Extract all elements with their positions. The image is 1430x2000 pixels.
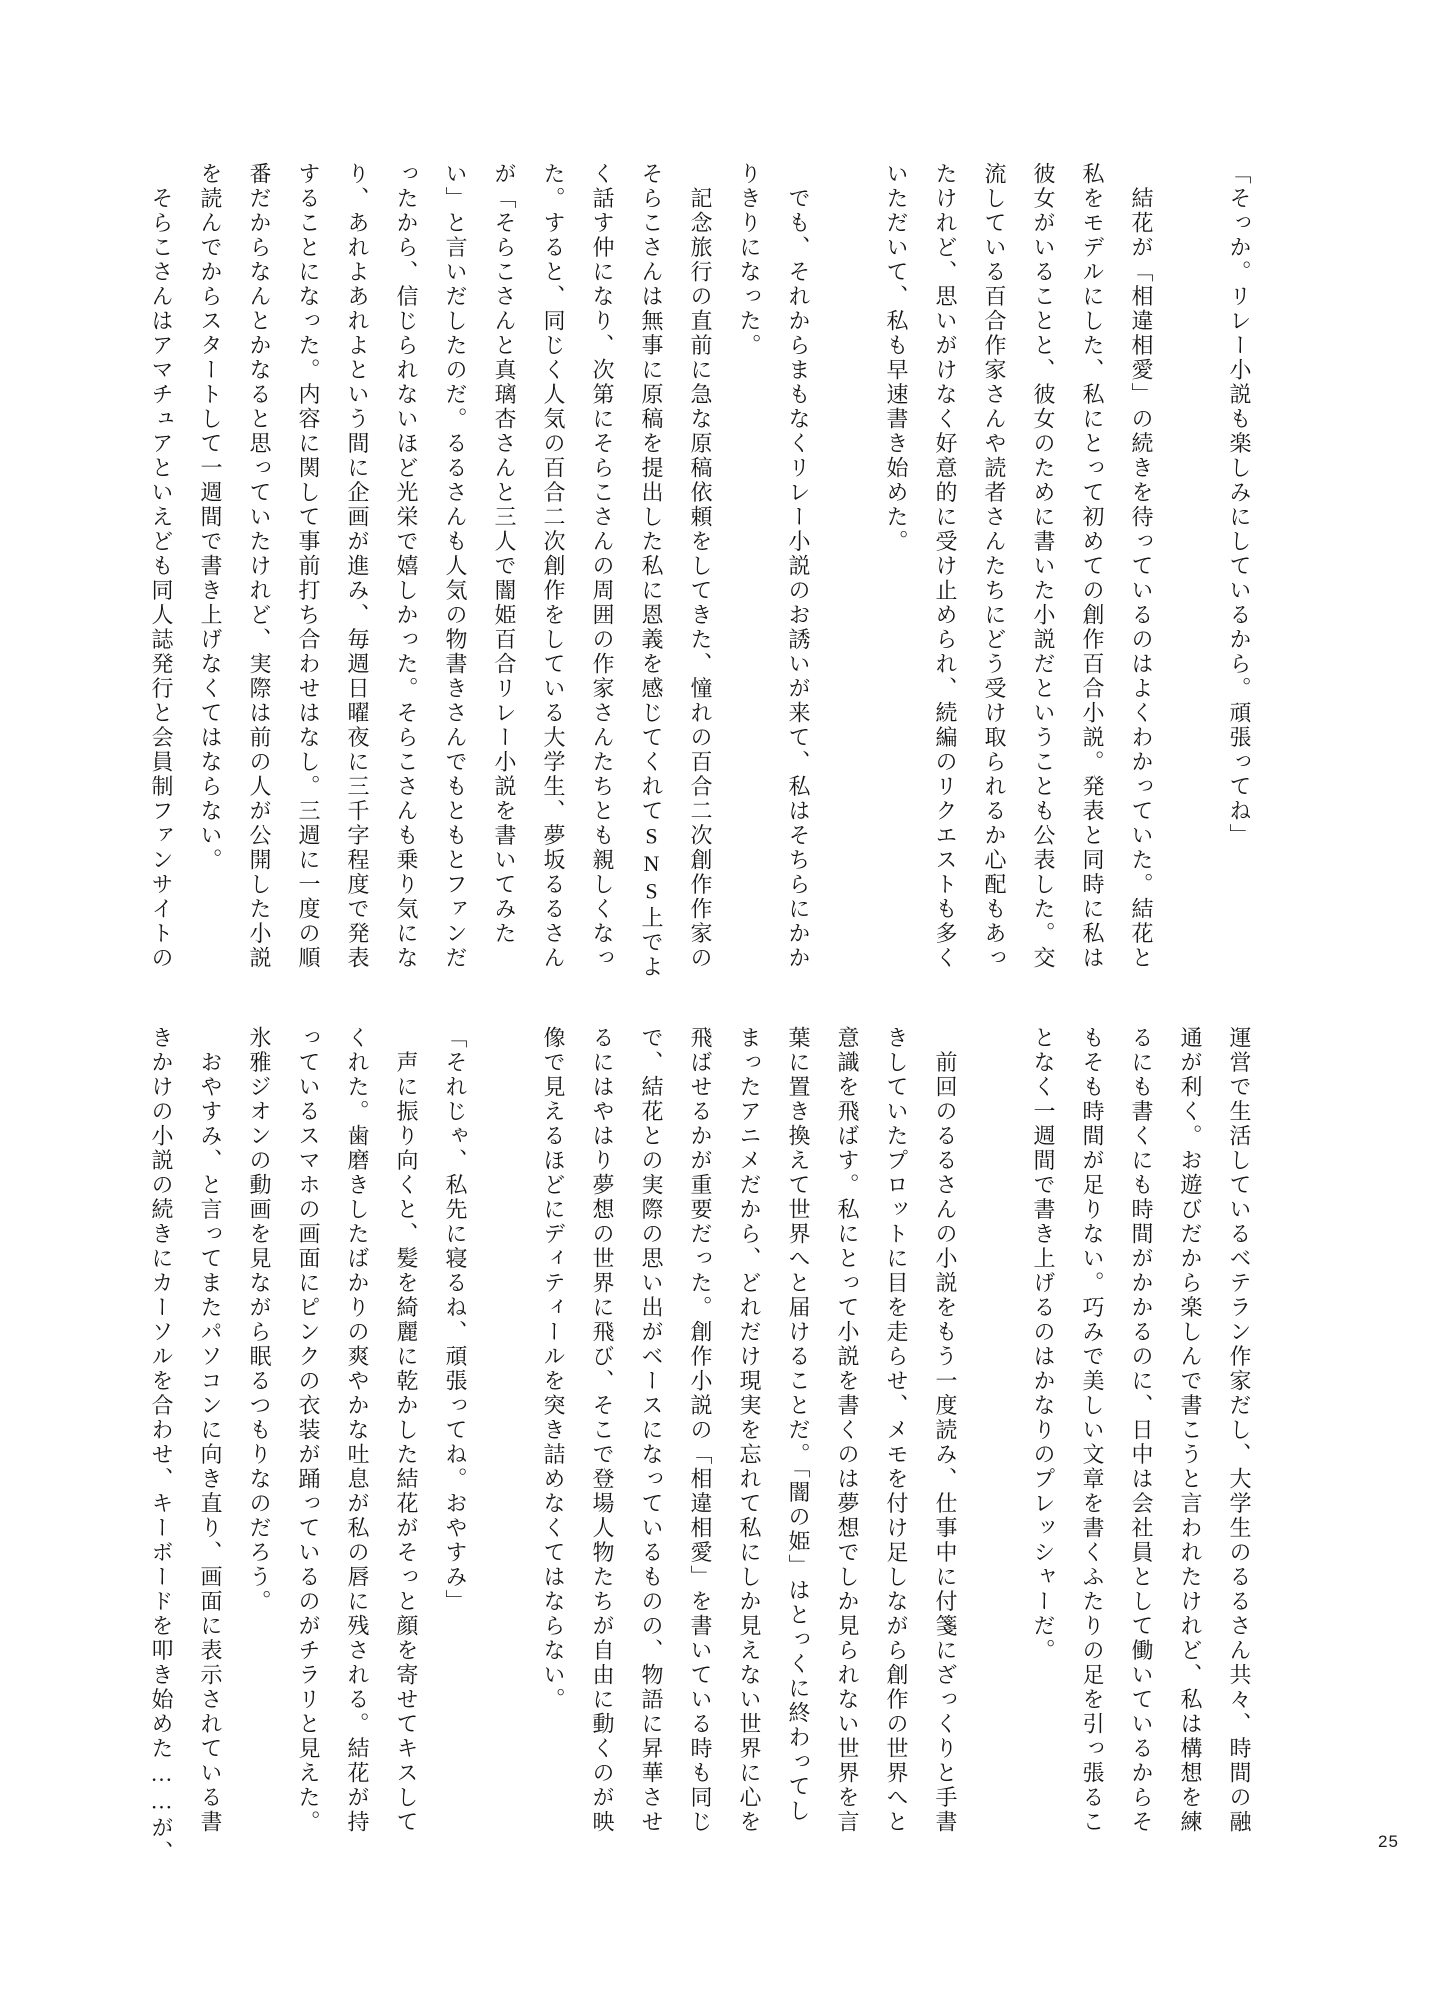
page-number: 25 (1378, 1832, 1399, 1852)
text-block-bottom: 運営で生活しているベテラン作家だし、大学生のるるさん共々、時間の融 通が利く。お… (137, 1026, 1264, 1841)
novel-page: 「そっか。リレー小説も楽しみにしているから。頑張ってね」 結花が「相違相愛」の続… (0, 0, 1430, 2000)
text-block-top: 「そっか。リレー小説も楽しみにしているから。頑張ってね」 結花が「相違相愛」の続… (137, 162, 1264, 977)
